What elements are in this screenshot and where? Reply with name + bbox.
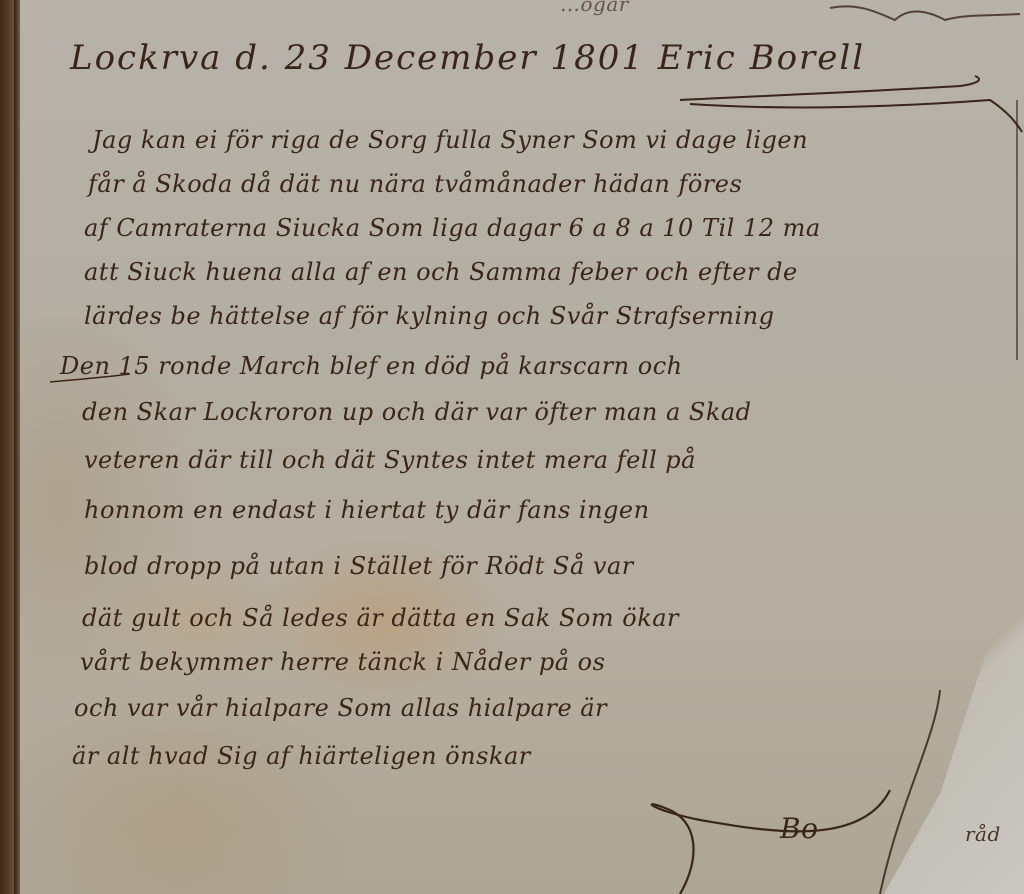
text-line-4: att Siuck huena alla af en och Samma feb… — [84, 258, 798, 286]
text-line-1: Jag kan ei för riga de Sorg fulla Syner … — [92, 126, 808, 154]
text-line-2: får å Skoda då dät nu nära tvåmånader hä… — [88, 170, 742, 198]
text-line-3: af Camraterna Siucka Som liga dagar 6 a … — [84, 214, 821, 242]
heading-place: Lockrva — [70, 38, 222, 78]
margin-note: råd — [965, 822, 1001, 846]
text-line-7: den Skar Lockroron up och där var öfter … — [82, 398, 752, 426]
text-line-12: vårt bekymmer herre tänck i Nåder på os — [80, 648, 605, 676]
top-text-fragment: …ögar — [560, 0, 629, 16]
heading-date: d. 23 December 1801 — [235, 38, 645, 78]
text-line-13: och var vår hialpare Som allas hialpare … — [74, 694, 607, 722]
heading-author: Eric Borell — [658, 38, 865, 78]
text-line-10: blod dropp på utan i Stället för Rödt Så… — [84, 552, 634, 580]
letter-heading: Lockrva d. 23 December 1801 Eric Borell — [70, 38, 865, 78]
text-line-9: honnom en endast i hiertat ty där fans i… — [84, 496, 650, 524]
text-line-11: dät gult och Så ledes är dätta en Sak So… — [82, 604, 679, 632]
text-line-8: veteren där till och dät Syntes intet me… — [84, 446, 696, 474]
manuscript-page: …ögar Lockrva d. 23 December 1801 Eric B… — [0, 0, 1024, 894]
text-line-14: är alt hvad Sig af hiärteligen önskar — [72, 742, 531, 770]
text-line-6: Den 15 ronde March blef en död på karsca… — [60, 352, 683, 380]
text-line-5: lärdes be hättelse af för kylning och Sv… — [84, 302, 774, 330]
signature-fragment: Bo — [780, 812, 818, 845]
